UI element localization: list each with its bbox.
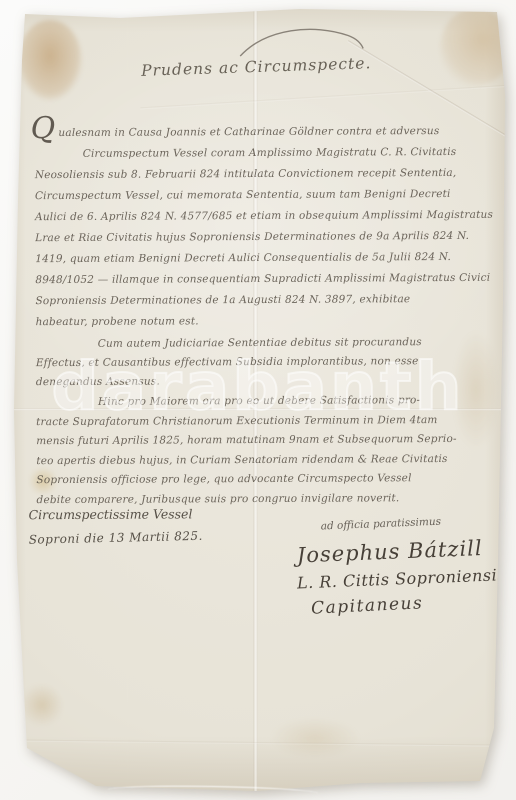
- valediction-line: ad officia paratissimus: [296, 513, 506, 533]
- manuscript-line: Effectus, et Causantibus effectivam Subs…: [36, 352, 474, 373]
- manuscript-line: Soproniensis officiose pro lege, quo adv…: [36, 469, 474, 491]
- manuscript-line-text: ualesnam in Causa Joannis et Catharinae …: [58, 125, 439, 139]
- manuscript-line: Lrae et Riae Civitatis hujus Soproniensi…: [35, 226, 473, 249]
- body-paragraph-1: Qualesnam in Causa Joannis et Catharinae…: [35, 121, 474, 333]
- manuscript-line: Soproniensis Determinationes de 1a Augus…: [35, 289, 473, 312]
- manuscript-line: Aulici de 6. Aprilis 824 N. 4577/685 et …: [35, 205, 473, 228]
- manuscript-line: 1419, quam etiam Benigni Decreti Aulici …: [35, 247, 473, 270]
- body-paragraph-2: Cum autem Judiciariae Sententiae debitus…: [36, 333, 474, 392]
- manuscript-line: mensis futuri Aprilis 1825, horam matuti…: [36, 430, 474, 452]
- photo-background: Prudens ac Circumspecte. Qualesnam in Ca…: [0, 0, 516, 800]
- document-paper-wrap: Prudens ac Circumspecte. Qualesnam in Ca…: [0, 0, 516, 800]
- manuscript-line: 8948/1052 — illamque in consequentiam Su…: [35, 268, 473, 291]
- document-paper: Prudens ac Circumspecte. Qualesnam in Ca…: [0, 0, 516, 800]
- signature-rank: Capitaneus: [297, 589, 508, 619]
- manuscript-line: Neosoliensis sub 8. Februarii 824 intitu…: [35, 163, 473, 186]
- manuscript-line: teo apertis diebus hujus, in Curiam Sena…: [36, 449, 474, 471]
- closing-addressee: Circumspectissime Vessel: [29, 506, 203, 522]
- signature-name: Josephus Bátzill: [296, 535, 507, 567]
- signature-title: L. R. Cittis Soproniensis: [297, 565, 508, 592]
- manuscript-line: Qualesnam in Causa Joannis et Catharinae…: [35, 121, 473, 144]
- manuscript-line: denegandus Assensus.: [36, 371, 474, 392]
- signature-block: ad officia paratissimus Josephus Bátzill…: [297, 517, 508, 615]
- drop-cap-initial: Q: [31, 118, 56, 140]
- manuscript-line: Cum autem Judiciariae Sententiae debitus…: [36, 333, 474, 354]
- body-paragraph-3: Hinc pro Maiorem ora pro eo ut debere Sa…: [36, 391, 475, 510]
- manuscript-text-layer: Prudens ac Circumspecte. Qualesnam in Ca…: [0, 0, 516, 800]
- closing-address-block: Circumspectissime Vessel Soproni die 13 …: [29, 506, 203, 545]
- manuscript-line: Circumspectum Vessel coram Amplissimo Ma…: [35, 142, 473, 165]
- salutation-line: Prudens ac Circumspecte.: [126, 54, 386, 81]
- manuscript-line: Circumspectum Vessel, cui memorata Sente…: [35, 184, 473, 207]
- manuscript-line: Hinc pro Maiorem ora pro eo ut debere Sa…: [36, 391, 474, 413]
- manuscript-line: habeatur, probene notum est.: [36, 310, 474, 333]
- closing-dateline: Soproni die 13 Martii 825.: [29, 529, 203, 547]
- manuscript-line: tracte Suprafatorum Christianorum Execut…: [36, 410, 474, 432]
